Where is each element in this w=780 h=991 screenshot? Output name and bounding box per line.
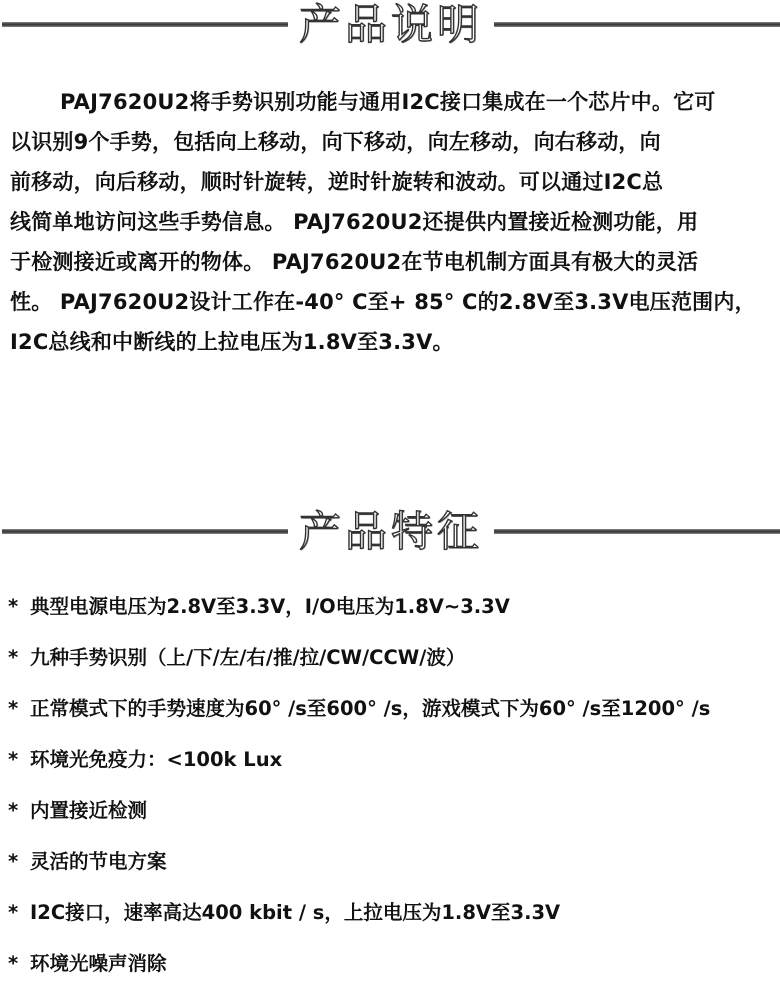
paragraph-line: 前移动，向后移动，顺时针旋转，逆时针旋转和波动。可以通过I2C总 bbox=[10, 162, 770, 202]
feature-text: 正常模式下的手势速度为60° /s至600° /s，游戏模式下为60° /s至1… bbox=[30, 697, 710, 720]
feature-item: *环境光噪声消除 bbox=[8, 944, 778, 991]
paragraph-line: I2C总线和中断线的上拉电压为1.8V至3.3V。 bbox=[10, 322, 770, 362]
paragraph-line: 以识别9个手势，包括向上移动，向下移动，向左移动，向右移动，向 bbox=[10, 122, 770, 162]
feature-text: 环境光噪声消除 bbox=[30, 952, 167, 975]
feature-text: 九种手势识别（上/下/左/右/推/拉/CW/CCW/波） bbox=[30, 646, 465, 669]
bullet-icon: * bbox=[8, 944, 30, 984]
bullet-icon: * bbox=[8, 689, 30, 729]
paragraph-line: 于检测接近或离开的物体。 PAJ7620U2在节电机制方面具有极大的灵活 bbox=[10, 242, 770, 282]
feature-text: 内置接近检测 bbox=[30, 799, 147, 822]
bullet-icon: * bbox=[8, 638, 30, 678]
section-title: 产品说明 bbox=[288, 0, 494, 50]
bullet-icon: * bbox=[8, 587, 30, 627]
divider-left bbox=[2, 22, 288, 27]
bullet-icon: * bbox=[8, 893, 30, 933]
paragraph-line: PAJ7620U2将手势识别功能与通用I2C接口集成在一个芯片中。它可 bbox=[10, 82, 770, 122]
divider-right bbox=[494, 529, 780, 534]
feature-text: 典型电源电压为2.8V至3.3V，I/O电压为1.8V~3.3V bbox=[30, 595, 510, 618]
section-heading-features: 产品特征 bbox=[0, 507, 780, 563]
paragraph-line: 性。 PAJ7620U2设计工作在-40° C至+ 85° C的2.8V至3.3… bbox=[10, 282, 770, 322]
section-title: 产品特征 bbox=[288, 507, 494, 557]
feature-list: *典型电源电压为2.8V至3.3V，I/O电压为1.8V~3.3V *九种手势识… bbox=[8, 587, 778, 991]
feature-item: *内置接近检测 bbox=[8, 791, 778, 842]
divider-right bbox=[494, 22, 780, 27]
feature-text: 灵活的节电方案 bbox=[30, 850, 167, 873]
bullet-icon: * bbox=[8, 791, 30, 831]
feature-item: *典型电源电压为2.8V至3.3V，I/O电压为1.8V~3.3V bbox=[8, 587, 778, 638]
feature-item: *环境光免疫力：<100k Lux bbox=[8, 740, 778, 791]
feature-item: *I2C接口，速率高达400 kbit / s，上拉电压为1.8V至3.3V bbox=[8, 893, 778, 944]
bullet-icon: * bbox=[8, 740, 30, 780]
feature-item: *正常模式下的手势速度为60° /s至600° /s，游戏模式下为60° /s至… bbox=[8, 689, 778, 740]
feature-text: I2C接口，速率高达400 kbit / s，上拉电压为1.8V至3.3V bbox=[30, 901, 560, 924]
feature-item: *灵活的节电方案 bbox=[8, 842, 778, 893]
section-heading-description: 产品说明 bbox=[0, 0, 780, 56]
product-description-paragraph: PAJ7620U2将手势识别功能与通用I2C接口集成在一个芯片中。它可 以识别9… bbox=[10, 82, 770, 362]
feature-item: *九种手势识别（上/下/左/右/推/拉/CW/CCW/波） bbox=[8, 638, 778, 689]
bullet-icon: * bbox=[8, 842, 30, 882]
divider-left bbox=[2, 529, 288, 534]
feature-text: 环境光免疫力：<100k Lux bbox=[30, 748, 282, 771]
paragraph-line: 线简单地访问这些手势信息。 PAJ7620U2还提供内置接近检测功能，用 bbox=[10, 202, 770, 242]
